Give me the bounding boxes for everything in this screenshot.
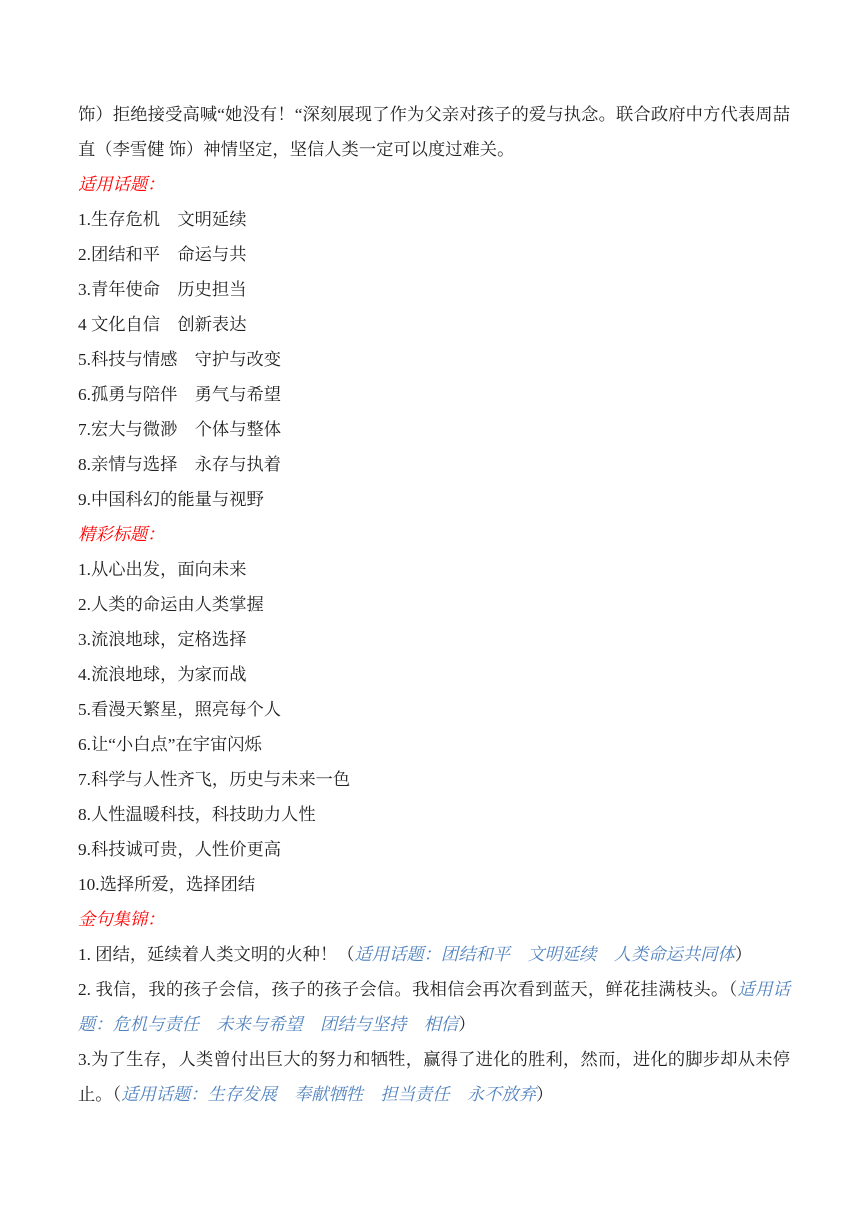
title-list-item: 10.选择所爱，选择团结 [78,867,790,902]
topic-list-item: 4 文化自信 创新表达 [78,307,790,342]
quote-list-item: 3.为了生存，人类曾付出巨大的努力和牺牲，赢得了进化的胜利，然而，进化的脚步却从… [78,1042,790,1112]
title-list-item: 7.科学与人性齐飞，历史与未来一色 [78,762,790,797]
title-list-item: 6.让“小白点”在宇宙闪烁 [78,727,790,762]
topic-list-item: 5.科技与情感 守护与改变 [78,342,790,377]
section-heading-golden-quotes: 金句集锦： [78,902,790,937]
quote-close-paren: ） [735,945,752,964]
title-list-item: 3.流浪地球，定格选择 [78,622,790,657]
document-page: 饰）拒绝接受高喊“她没有！“深刻展现了作为父亲对孩子的爱与执念。联合政府中方代表… [0,0,860,1112]
quote-list-item: 1. 团结，延续着人类文明的火种！（适用话题：团结和平 文明延续 人类命运共同体… [78,937,790,972]
quote-topics: 适用话题：团结和平 文明延续 人类命运共同体 [355,945,735,964]
title-list-item: 9.科技诚可贵，人性价更高 [78,832,790,867]
quote-text: 2. 我信，我的孩子会信，孩子的孩子会信。我相信会再次看到蓝天，鲜花挂满枝头。（ [78,980,738,999]
topic-list-item: 9.中国科幻的能量与视野 [78,482,790,517]
section-heading-brilliant-titles: 精彩标题： [78,517,790,552]
topic-list-item: 6.孤勇与陪伴 勇气与希望 [78,377,790,412]
topic-list-item: 7.宏大与微渺 个体与整体 [78,412,790,447]
section-heading-suitable-topics: 适用话题： [78,167,790,202]
topic-list-item: 8.亲情与选择 永存与执着 [78,447,790,482]
topic-list-item: 3.青年使命 历史担当 [78,272,790,307]
title-list-item: 2.人类的命运由人类掌握 [78,587,790,622]
title-list-item: 1.从心出发，面向未来 [78,552,790,587]
quote-list-item: 2. 我信，我的孩子会信，孩子的孩子会信。我相信会再次看到蓝天，鲜花挂满枝头。（… [78,972,790,1042]
title-list-item: 4.流浪地球，为家而战 [78,657,790,692]
quote-close-paren: ） [536,1085,553,1104]
topic-list-item: 1.生存危机 文明延续 [78,202,790,237]
quote-text: 1. 团结，延续着人类文明的火种！（ [78,945,355,964]
topic-list-item: 2.团结和平 命运与共 [78,237,790,272]
title-list-item: 5.看漫天繁星，照亮每个人 [78,692,790,727]
title-list-item: 8.人性温暖科技，科技助力人性 [78,797,790,832]
quote-close-paren: ） [458,1015,475,1034]
intro-paragraph: 饰）拒绝接受高喊“她没有！“深刻展现了作为父亲对孩子的爱与执念。联合政府中方代表… [78,97,790,167]
quote-topics: 适用话题：生存发展 奉献牺牲 担当责任 永不放弃 [121,1085,536,1104]
